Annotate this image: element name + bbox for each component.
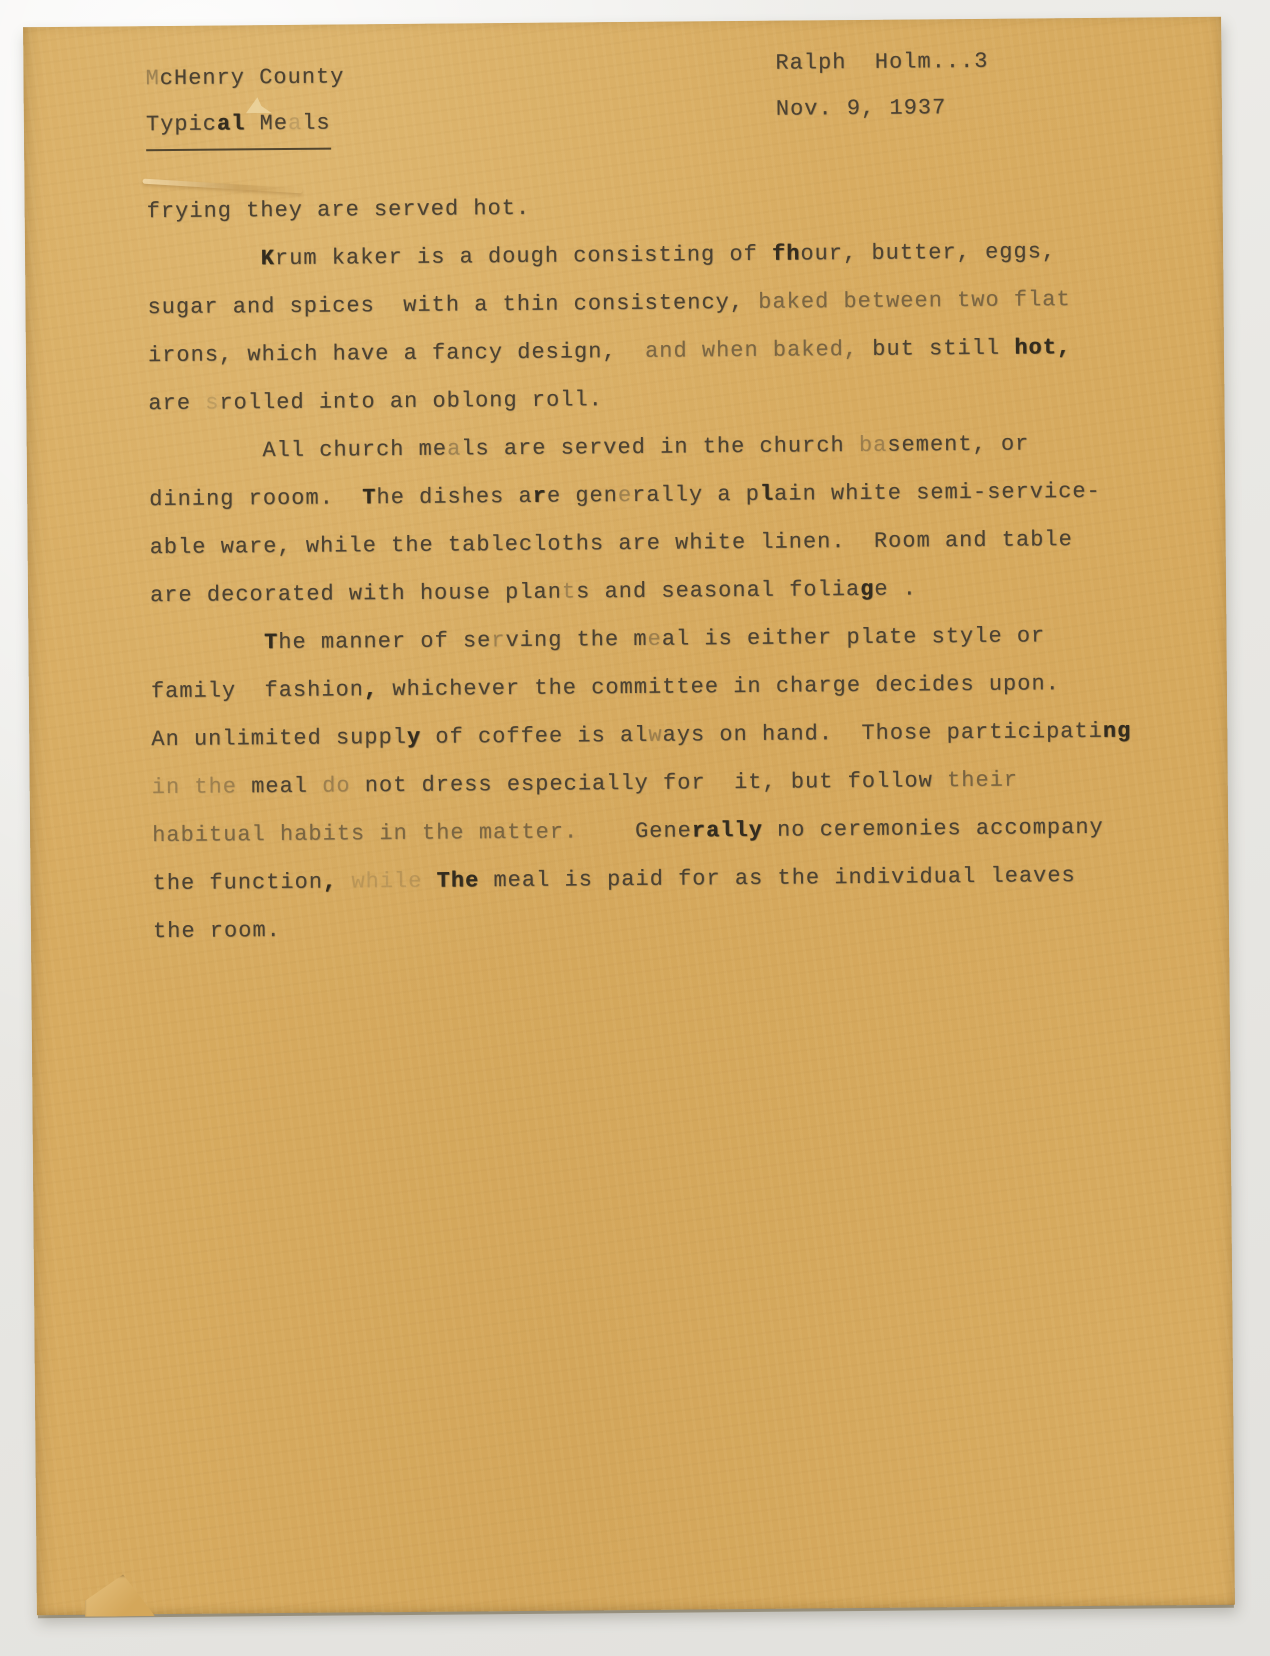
- body-line: irons, which have a fancy design, and wh…: [148, 324, 1128, 381]
- typewritten-text: e: [618, 483, 632, 508]
- scanned-document-page: { "document": { "kind": "typewritten man…: [0, 0, 1270, 1656]
- typewritten-text: Typic: [146, 112, 217, 138]
- typewritten-text: al is either plate style or: [662, 623, 1046, 651]
- typewritten-text: meal is paid for as the individual leave…: [479, 863, 1076, 893]
- typewritten-text: rally a p: [632, 482, 760, 508]
- typewritten-text: All church me: [149, 437, 447, 465]
- typewritten-text: the function: [152, 870, 323, 896]
- typewritten-text: t: [562, 579, 576, 604]
- typewritten-text: ,: [323, 870, 337, 895]
- body-line: dining rooom. The dishes are generally a…: [149, 468, 1129, 525]
- header-left-line: Typical Meals: [146, 100, 345, 148]
- paper-sheet: McHenry CountyTypical Meals Ralph Holm..…: [23, 17, 1235, 1615]
- body-line: Krum kaker is a dough consisting of fhou…: [147, 228, 1127, 285]
- header-left-block: McHenry CountyTypical Meals: [145, 54, 345, 148]
- body-line: are decorated with house plants and seas…: [150, 564, 1130, 621]
- typewritten-text: The: [437, 868, 480, 893]
- typewritten-text: T: [264, 630, 278, 655]
- typewritten-text: baked between two flat: [758, 287, 1071, 315]
- typewritten-text: able ware, while the tablecloths are whi…: [150, 527, 1073, 560]
- body-line: The manner of serving the meal is either…: [150, 612, 1130, 669]
- typewritten-text: ba: [859, 433, 888, 458]
- typewritten-text: in the: [152, 774, 252, 800]
- typewritten-text: T: [362, 485, 376, 510]
- typewritten-text: s and seasonal folia: [576, 577, 860, 604]
- typewritten-text: ls: [302, 111, 331, 136]
- typewritten-text: not dress especially for it, but follow: [365, 768, 947, 798]
- typewritten-text: [147, 246, 261, 272]
- typewritten-text: ls are served in the church: [461, 433, 859, 461]
- typewritten-text: hot,: [1014, 335, 1071, 360]
- typewritten-text: sement, or: [887, 431, 1029, 457]
- typewritten-text: dining rooom.: [149, 485, 362, 512]
- typewritten-text: ays on hand. Those participati: [662, 719, 1102, 748]
- typewritten-text: Gene: [578, 818, 692, 844]
- typewritten-text: habitual habits in the matter.: [152, 819, 578, 848]
- typewritten-text: M: [145, 66, 159, 91]
- header-right-line: Ralph Holm...3: [775, 39, 988, 87]
- typewritten-text: Me: [245, 111, 288, 136]
- typewritten-text: cHenry County: [160, 64, 345, 91]
- typewritten-text: frying they are served hot.: [147, 196, 531, 224]
- typewritten-text: and when baked,: [645, 337, 858, 364]
- body-line: the function, while The meal is paid for…: [152, 852, 1132, 909]
- typewritten-text: [337, 869, 351, 894]
- typewritten-text: [422, 869, 436, 894]
- typewritten-text: whichever the committee in charge decide…: [378, 671, 1060, 702]
- typewritten-text: meal: [251, 774, 322, 800]
- typewritten-text: are: [148, 391, 205, 416]
- body-line: in the meal do not dress especially for …: [152, 756, 1132, 813]
- body-line: All church meals are served in the churc…: [149, 420, 1129, 477]
- typewritten-text: ,: [364, 677, 378, 702]
- typewritten-text: An unlimited suppl: [151, 725, 407, 752]
- typewritten-text: r: [491, 628, 505, 653]
- typewritten-text: [150, 630, 264, 656]
- typewritten-text: l: [760, 482, 774, 507]
- body-line: habitual habits in the matter. Generally…: [152, 804, 1132, 861]
- typewritten-text: e: [647, 627, 661, 652]
- body-line: frying they are served hot.: [147, 180, 1127, 237]
- typewritten-text: al: [217, 111, 246, 136]
- typewritten-text: irons, which have a fancy design,: [148, 339, 645, 368]
- typewritten-text: rally: [692, 818, 763, 844]
- typewritten-text: ng: [1103, 719, 1132, 744]
- typewritten-text: e gen: [547, 483, 618, 509]
- typewritten-text: Ralph Holm...3: [775, 49, 988, 76]
- body-line: the room.: [153, 900, 1133, 957]
- header-left-line: McHenry County: [145, 54, 344, 102]
- typewritten-text: K: [261, 246, 275, 271]
- typewritten-text: our, butter, eggs,: [800, 239, 1056, 266]
- body-line: sugar and spices with a thin consistency…: [147, 276, 1127, 333]
- typewritten-text: rolled into an oblong roll.: [219, 387, 603, 415]
- typewritten-text: fh: [772, 241, 801, 266]
- typewritten-text: w: [648, 723, 662, 748]
- typewritten-text: he dishes a: [376, 484, 532, 510]
- typewritten-text: a: [288, 111, 302, 136]
- typewritten-text: the room.: [153, 918, 281, 944]
- typewritten-text: s: [205, 391, 219, 416]
- typewritten-text: g: [860, 577, 874, 602]
- typewritten-text: no ceremonies accompany: [763, 815, 1104, 843]
- typewritten-text: y: [407, 725, 421, 750]
- typewritten-text: are decorated with house plan: [150, 580, 562, 609]
- body-line: are srolled into an oblong roll.: [148, 372, 1128, 429]
- typewritten-text: Nov. 9, 1937: [776, 95, 947, 121]
- typewritten-text: rum kaker is a dough consisting of: [275, 242, 772, 271]
- typewritten-text: he manner of se: [278, 628, 491, 655]
- document-body-text: frying they are served hot. Krum kaker i…: [147, 180, 1134, 957]
- typewritten-text: sugar and spices with a thin consistency…: [147, 290, 758, 320]
- typewritten-text: family fashion: [151, 677, 364, 704]
- header-right-line: Nov. 9, 1937: [776, 85, 989, 133]
- typewritten-text: while: [351, 869, 422, 895]
- body-line: family fashion, whichever the committee …: [151, 660, 1131, 717]
- typewritten-text: do: [322, 773, 365, 798]
- typewritten-text: but still: [858, 336, 1014, 362]
- typewritten-text: a: [447, 436, 461, 461]
- typewritten-text: of coffee is al: [421, 723, 648, 750]
- paper-corner-fold: [85, 1574, 155, 1617]
- typewritten-text: their: [947, 768, 1018, 794]
- typewritten-text: ving the m: [505, 627, 647, 653]
- typewritten-text: r: [533, 484, 547, 509]
- body-line: able ware, while the tablecloths are whi…: [149, 516, 1129, 573]
- typewritten-text: e .: [874, 576, 917, 601]
- header-right-block: Ralph Holm...3Nov. 9, 1937: [775, 39, 989, 133]
- body-line: An unlimited supply of coffee is always …: [151, 708, 1131, 765]
- typewritten-text: ain white semi-service-: [774, 479, 1101, 507]
